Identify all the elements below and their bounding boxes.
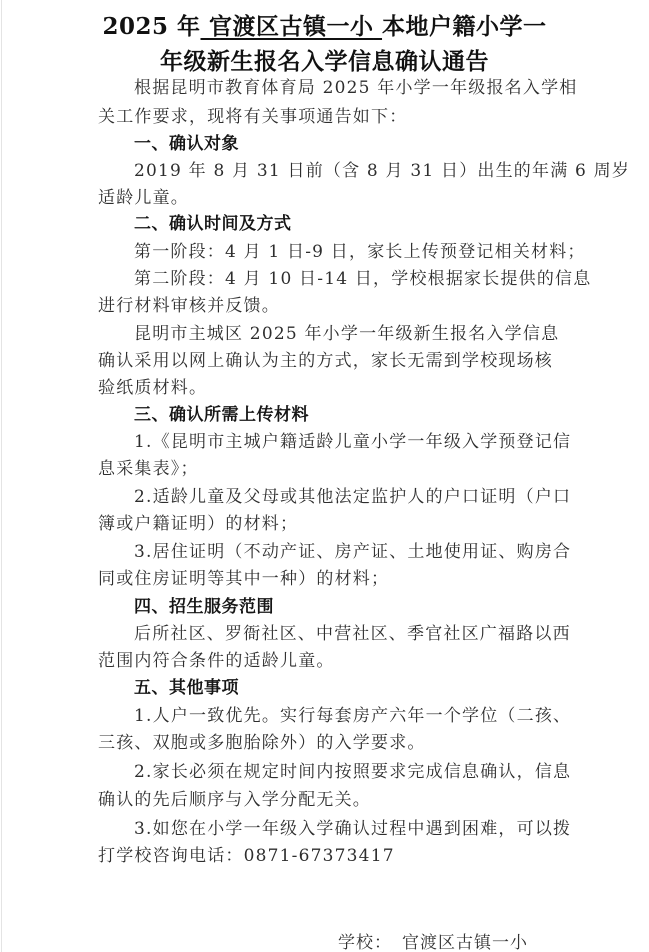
- section-heading-2: 二、确认时间及方式: [134, 213, 550, 235]
- section-5-line-phone: 打学校咨询电话：0871-67373417: [98, 845, 550, 867]
- section-4-line: 范围内符合条件的适龄儿童。: [98, 650, 550, 672]
- signature-school-name: 官渡区古镇一小: [400, 934, 530, 952]
- notice-title-line-2: 年级新生报名入学信息确认通告: [0, 43, 649, 76]
- section-3-line: 簿或户籍证明）的材料；: [98, 513, 550, 535]
- section-heading-4: 四、招生服务范围: [134, 596, 550, 618]
- section-heading-3: 三、确认所需上传材料: [134, 404, 550, 426]
- signature-label: 学校：: [338, 933, 392, 952]
- section-5-line: 确认的先后顺序与入学分配无关。: [98, 789, 550, 811]
- section-3-line: 3.居住证明（不动产证、房产证、土地使用证、购房合: [134, 541, 550, 563]
- section-2-line: 昆明市主城区 2025 年小学一年级新生报名入学信息: [134, 323, 550, 345]
- intro-line-2: 关工作要求，现将有关事项通告如下：: [98, 106, 550, 128]
- page-edge-line: [1, 0, 2, 952]
- title-suffix: 本地户籍小学一: [382, 13, 547, 40]
- section-1-line: 适龄儿童。: [98, 187, 550, 209]
- section-2-line: 第一阶段：4 月 1 日-9 日，家长上传预登记相关材料；: [134, 241, 550, 263]
- section-heading-1: 一、确认对象: [134, 133, 550, 155]
- section-2-line: 验纸质材料。: [98, 377, 550, 399]
- section-2-line: 确认采用以网上确认为主的方式，家长无需到学校现场核: [98, 350, 550, 372]
- section-5-line: 2.家长必须在规定时间内按照要求完成信息确认，信息: [134, 761, 550, 783]
- section-2-line: 进行材料审核并反馈。: [98, 295, 550, 317]
- section-5-line: 1.人户一致优先。实行每套房产六年一个学位（二孩、: [134, 705, 550, 727]
- title-school-name: 官渡区古镇一小: [201, 13, 383, 40]
- section-5-line: 3.如您在小学一年级入学确认过程中遇到困难，可以拨: [134, 818, 550, 840]
- notice-title-line-1: 2025 年 官渡区古镇一小 本地户籍小学一: [0, 8, 649, 41]
- section-2-line: 第二阶段：4 月 10 日-14 日，学校根据家长提供的信息: [134, 268, 550, 290]
- signature-block: 学校：官渡区古镇一小: [338, 928, 530, 952]
- section-5-line: 三孩、双胞或多胞胎除外）的入学要求。: [98, 732, 550, 754]
- intro-line-1: 根据昆明市教育体育局 2025 年小学一年级报名入学相: [134, 77, 550, 99]
- section-3-line: 2.适龄儿童及父母或其他法定监护人的户口证明（户口: [134, 486, 550, 508]
- section-heading-5: 五、其他事项: [134, 677, 550, 699]
- section-1-line: 2019 年 8 月 31 日前（含 8 月 31 日）出生的年满 6 周岁: [134, 160, 550, 182]
- section-3-line: 息采集表》；: [98, 458, 550, 480]
- section-3-line: 同或住房证明等其中一种）的材料；: [98, 568, 550, 590]
- section-3-line: 1.《昆明市主城户籍适龄儿童小学一年级入学预登记信: [134, 431, 550, 453]
- section-4-line: 后所社区、罗衙社区、中营社区、季官社区广福路以西: [134, 623, 550, 645]
- title-year: 2025 年: [102, 13, 200, 40]
